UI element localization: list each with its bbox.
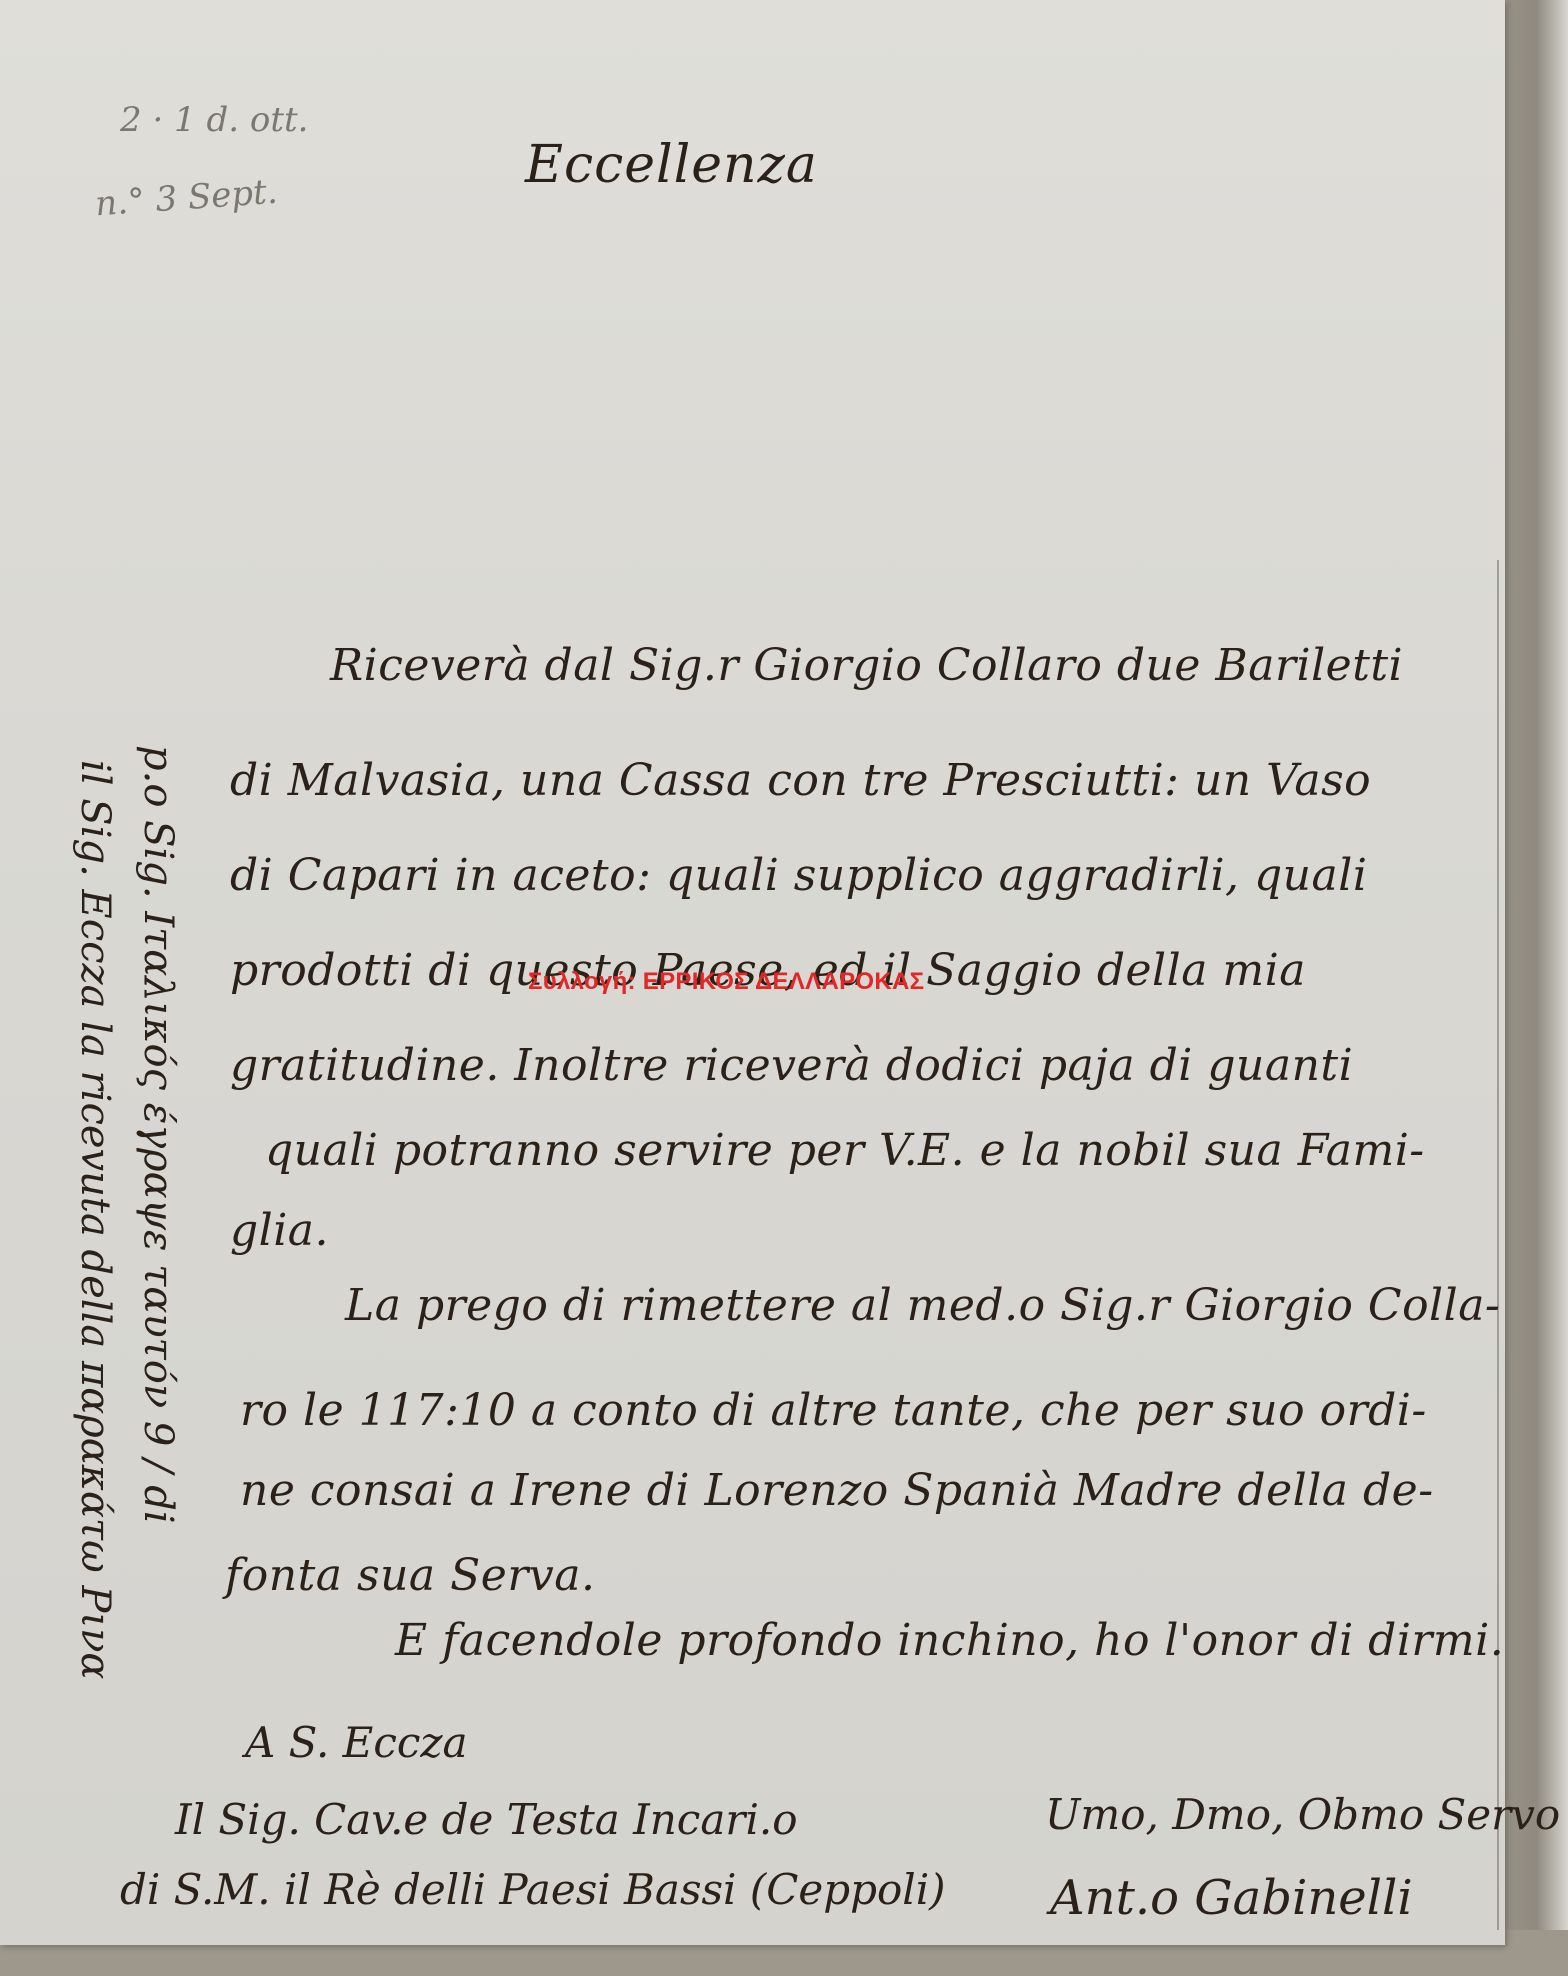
signature: Ant.o Gabinelli — [1050, 1870, 1413, 1926]
pencil-note-line-1: 2 · 1 d. ott. — [120, 100, 308, 140]
sheet-fold-edge — [1497, 560, 1499, 1930]
addressee-line-3: di S.M. il Rè delli Paesi Bassi (Ceppoli… — [120, 1865, 946, 1914]
collection-watermark: Συλλογή: ΕΡΡΙΚΟΣ ΔΕΛΛΑΡΟΚΑΣ — [528, 968, 924, 996]
margin-note-column-2: il Sig. Eccza la ricevuta della παρακάτω… — [72, 760, 118, 1940]
body-line-8: La prego di rimettere al med.o Sig.r Gio… — [345, 1280, 1500, 1331]
body-line-5: gratitudine. Inoltre riceverà dodici paj… — [230, 1040, 1353, 1091]
letter-sheet: 2 · 1 d. ott. n.° 3 Sept. Eccellenza Ric… — [0, 0, 1505, 1945]
body-line-3: di Capari in aceto: quali supplico aggra… — [230, 850, 1367, 901]
margin-note-column-1: p.o Sig. Ιταλικός έγραψε ταυτόν 9 / di — [135, 745, 181, 1925]
body-line-11: fonta sua Serva. — [225, 1550, 595, 1601]
addressee-line-1: A S. Eccza — [245, 1718, 468, 1767]
closing-formula: Umo, Dmo, Obmo Servo — [1045, 1790, 1560, 1839]
letter-heading: Eccellenza — [525, 135, 818, 195]
body-line-10: ne consai a Irene di Lorenzo Spanià Madr… — [240, 1465, 1434, 1516]
body-line-2: di Malvasia, una Cassa con tre Presciutt… — [230, 755, 1371, 806]
body-line-12: E facendole profondo inchino, ho l'onor … — [395, 1615, 1504, 1666]
body-line-7: glia. — [230, 1205, 329, 1256]
body-line-9: ro le 117:10 a conto di altre tante, che… — [240, 1385, 1427, 1436]
body-line-6: quali potranno servire per V.E. e la nob… — [265, 1125, 1425, 1176]
pencil-note-line-2: n.° 3 Sept. — [94, 172, 279, 225]
body-line-1: Riceverà dal Sig.r Giorgio Collaro due B… — [330, 640, 1403, 691]
addressee-line-2: Il Sig. Cav.e de Testa Incari.o — [175, 1795, 798, 1844]
